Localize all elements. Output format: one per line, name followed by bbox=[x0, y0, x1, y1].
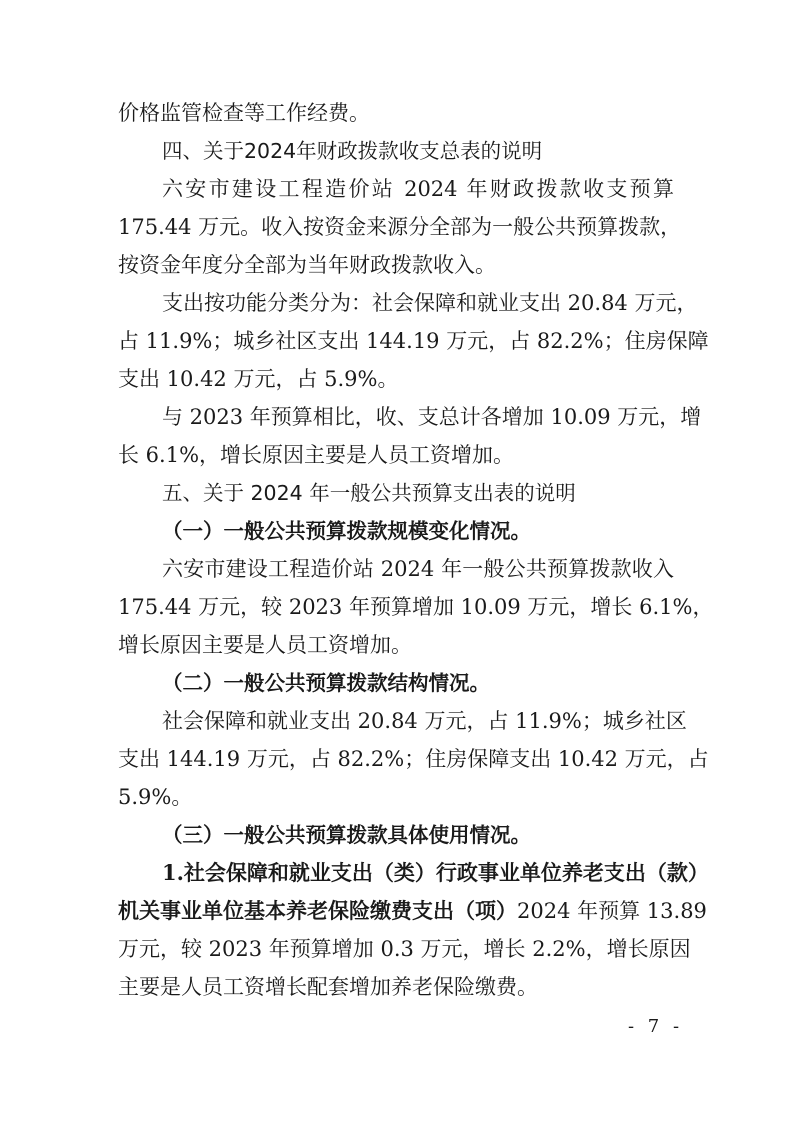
paragraph-line: 主要是人员工资增长配套增加养老保险缴费。 bbox=[118, 972, 538, 1002]
paragraph-line: 社会保障和就业支出 20.84 万元，占 11.9%；城乡社区 bbox=[162, 706, 674, 736]
section-heading-5: 五、关于 2024 年一般公共预算支出表的说明 bbox=[162, 478, 576, 508]
paragraph-line: 长 6.1%，增长原因主要是人员工资增加。 bbox=[118, 440, 514, 470]
paragraph-line: 175.44 万元，较 2023 年预算增加 10.09 万元，增长 6.1%， bbox=[118, 592, 674, 622]
paragraph-line: 支出 10.42 万元，占 5.9%。 bbox=[118, 364, 399, 394]
paragraph-line: 机关事业单位基本养老保险缴费支出（项） 2024 年预算 13.89 bbox=[118, 896, 674, 926]
subsection-heading-3: （三）一般公共预算拨款具体使用情况。 bbox=[162, 820, 531, 850]
item-budget-text: 2024 年预算 13.89 bbox=[517, 896, 707, 926]
paragraph-line: 六安市建设工程造价站 2024 年一般公共预算拨款收入 bbox=[162, 554, 674, 584]
paragraph-line: 增长原因主要是人员工资增加。 bbox=[118, 630, 412, 660]
item-heading-1: 1.社会保障和就业支出（类）行政事业单位养老支出（款） bbox=[162, 858, 674, 888]
paragraph-line: 支出 144.19 万元，占 82.2%；住房保障支出 10.42 万元，占 bbox=[118, 744, 674, 774]
paragraph-line: 5.9%。 bbox=[118, 782, 192, 812]
page-number: - 7 - bbox=[628, 1016, 683, 1037]
subsection-heading-2: （二）一般公共预算拨款结构情况。 bbox=[162, 668, 490, 698]
paragraph-line: 价格监管检查等工作经费。 bbox=[118, 98, 370, 128]
item-heading-1-cont: 机关事业单位基本养老保险缴费支出（项） bbox=[118, 896, 517, 926]
section-heading-4: 四、关于2024年财政拨款收支总表的说明 bbox=[162, 136, 542, 166]
subsection-heading-1: （一）一般公共预算拨款规模变化情况。 bbox=[162, 516, 531, 546]
paragraph-line: 与 2023 年预算相比，收、支总计各增加 10.09 万元，增 bbox=[162, 402, 674, 432]
paragraph-line: 占 11.9%；城乡社区支出 144.19 万元，占 82.2%；住房保障 bbox=[118, 326, 674, 356]
paragraph-line: 支出按功能分类分为：社会保障和就业支出 20.84 万元， bbox=[162, 288, 674, 318]
paragraph-line: 万元，较 2023 年预算增加 0.3 万元，增长 2.2%，增长原因 bbox=[118, 934, 674, 964]
paragraph-line: 六安市建设工程造价站 2024 年财政拨款收支预算 bbox=[162, 174, 674, 204]
paragraph-line: 按资金年度分全部为当年财政拨款收入。 bbox=[118, 250, 496, 280]
paragraph-line: 175.44 万元。收入按资金来源分全部为一般公共预算拨款， bbox=[118, 212, 674, 242]
